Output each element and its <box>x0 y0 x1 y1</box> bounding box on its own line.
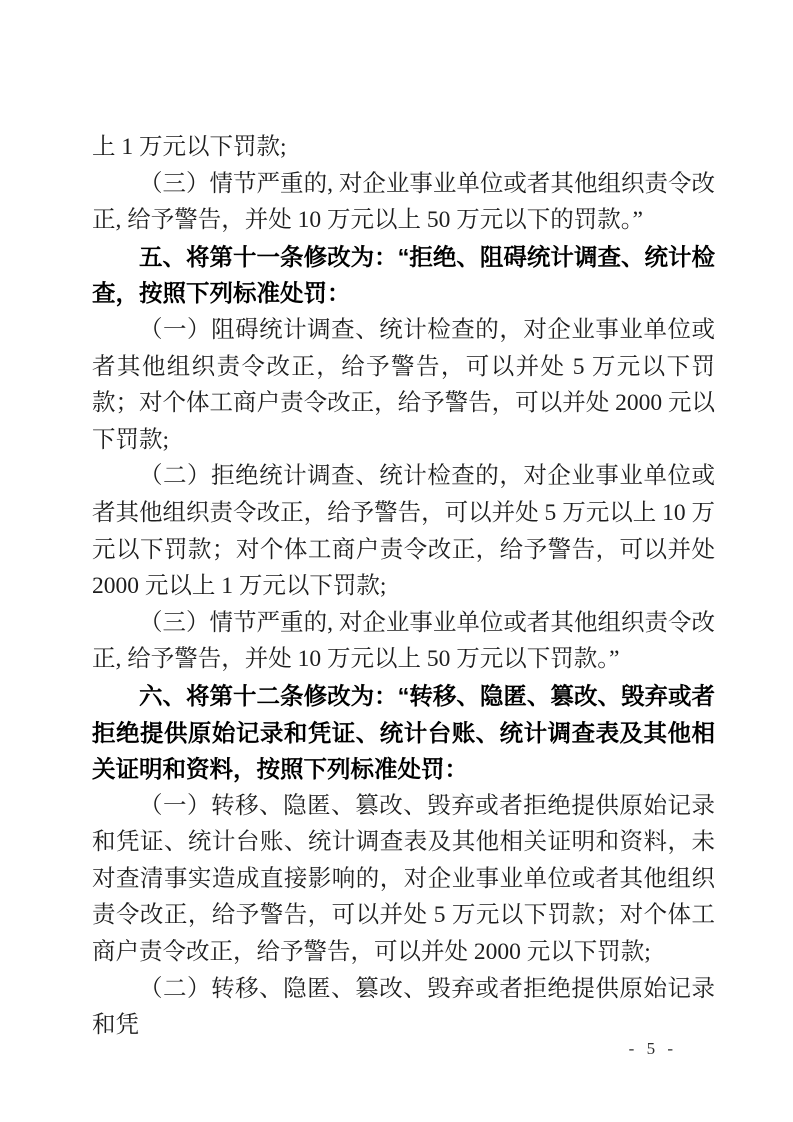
paragraph-clause-11-item-3: （三）情节严重的, 对企业事业单位或者其他组织责令改正, 给予警告，并处 10 … <box>92 605 715 678</box>
paragraph-clause-11-item-2: （二）拒绝统计调查、统计检查的，对企业事业单位或者其他组织责令改正，给予警告，可… <box>92 458 715 604</box>
page-number: - 5 - <box>629 1039 677 1059</box>
document-body: 上 1 万元以下罚款; （三）情节严重的, 对企业事业单位或者其他组织责令改正,… <box>92 129 715 1044</box>
paragraph-clause-12-item-2: （二）转移、隐匿、篡改、毁弃或者拒绝提供原始记录和凭 <box>92 971 715 1044</box>
paragraph-continuation: 上 1 万元以下罚款; <box>92 129 715 166</box>
paragraph-clause-11-item-1: （一）阻碍统计调查、统计检查的，对企业事业单位或者其他组织责令改正，给予警告，可… <box>92 312 715 458</box>
paragraph-clause-12-item-1: （一）转移、隐匿、篡改、毁弃或者拒绝提供原始记录和凭证、统计台账、统计调查表及其… <box>92 788 715 971</box>
paragraph-heading-article-5: 五、将第十一条修改为：“拒绝、阻碍统计调查、统计检查，按照下列标准处罚： <box>92 239 715 312</box>
paragraph-heading-article-6: 六、将第十二条修改为：“转移、隐匿、篡改、毁弃或者拒绝提供原始记录和凭证、统计台… <box>92 678 715 788</box>
paragraph-clause-10-item-3: （三）情节严重的, 对企业事业单位或者其他组织责令改正, 给予警告，并处 10 … <box>92 166 715 239</box>
document-page: 上 1 万元以下罚款; （三）情节严重的, 对企业事业单位或者其他组织责令改正,… <box>0 0 793 1122</box>
